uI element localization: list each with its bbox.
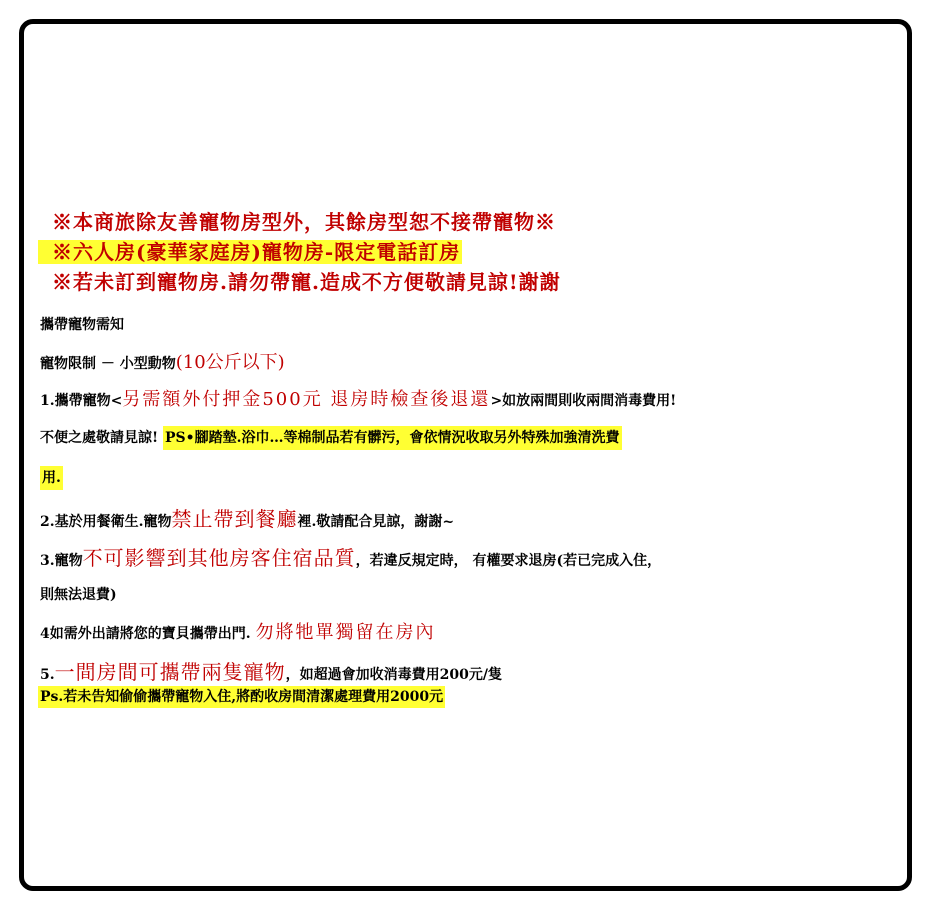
rule-1-ps-end: 用. <box>40 466 63 490</box>
ps-line: Ps.若未告知偷偷攜帶寵物入住,將酌收房間清潔處理費用2000元 <box>38 686 445 706</box>
rule-4-alone: 勿將牠單獨留在房內 <box>256 622 436 643</box>
rule-1: 1.攜帶寵物<另需額外付押金500元 退房時檢查後退還>如放兩間則收兩間消毒費用… <box>40 385 676 411</box>
rule-2: 2.基於用餐衛生.寵物禁止帶到餐廳裡.敬請配合見諒，謝謝~ <box>40 503 454 532</box>
rule-5-prefix: 5. <box>40 667 55 683</box>
rule-2-suffix: 裡.敬請配合見諒，謝謝~ <box>298 514 455 530</box>
pet-limit: 寵物限制 － 小型動物(10公斤以下) <box>40 348 285 374</box>
section-title: 攜帶寵物需知 <box>40 314 124 334</box>
rule-1-ps-highlight: PS•腳踏墊.浴巾…等棉制品若有髒污，會依情況收取另外特殊加強清洗費 <box>163 426 621 450</box>
pet-limit-weight: (10公斤以下) <box>176 352 285 373</box>
rule-3: 3.寵物不可影響到其他房客住宿品質，若違反規定時， 有權要求退房(若已完成入住， <box>40 542 661 571</box>
rule-5-two-pets: 一間房間可攜帶兩隻寵物 <box>55 660 286 684</box>
rule-1-line-3: 用. <box>40 467 63 487</box>
rule-1-deposit: 另需額外付押金500元 退房時檢查後退還 <box>122 389 490 410</box>
rule-1-suffix: >如放兩間則收兩間消毒費用! <box>490 393 676 409</box>
pet-limit-prefix: 寵物限制 － 小型動物 <box>40 356 176 372</box>
rule-1-apology: 不便之處敬請見諒! <box>40 430 163 446</box>
rule-5-suffix: ，如超過會加收消毒費用200元/隻 <box>286 667 502 683</box>
rule-3-line-2: 則無法退費) <box>40 584 117 604</box>
rule-4-prefix: 4如需外出請將您的寶貝攜帶出門. <box>40 626 256 642</box>
headline-line-1: ※本商旅除友善寵物房型外，其餘房型恕不接帶寵物※ <box>52 206 556 235</box>
rule-2-no-restaurant: 禁止帶到餐廳 <box>172 507 298 531</box>
rule-3-quality: 不可影響到其他房客住宿品質 <box>83 546 356 570</box>
headline-line-3: ※若未訂到寵物房.請勿帶寵.造成不方便敬請見諒!謝謝 <box>52 266 561 295</box>
rule-2-prefix: 2.基於用餐衛生.寵物 <box>40 514 172 530</box>
ps-cleaning-fee: Ps.若未告知偷偷攜帶寵物入住,將酌收房間清潔處理費用2000元 <box>38 686 445 708</box>
rule-5: 5.一間房間可攜帶兩隻寵物，如超過會加收消毒費用200元/隻 <box>40 656 502 685</box>
rule-3-suffix: ，若違反規定時， 有權要求退房(若已完成入住， <box>356 553 662 569</box>
rule-1-line-2: 不便之處敬請見諒! PS•腳踏墊.浴巾…等棉制品若有髒污，會依情況收取另外特殊加… <box>40 427 622 447</box>
rule-4: 4如需外出請將您的寶貝攜帶出門. 勿將牠單獨留在房內 <box>40 618 436 644</box>
rule-1-prefix: 1.攜帶寵物< <box>40 393 122 409</box>
headline-line-2: ※六人房(豪華家庭房)寵物房-限定電話訂房 <box>38 236 462 265</box>
notice-frame <box>19 19 912 891</box>
headline-line-2-text: ※六人房(豪華家庭房)寵物房-限定電話訂房 <box>38 240 462 264</box>
rule-3-prefix: 3.寵物 <box>40 553 83 569</box>
